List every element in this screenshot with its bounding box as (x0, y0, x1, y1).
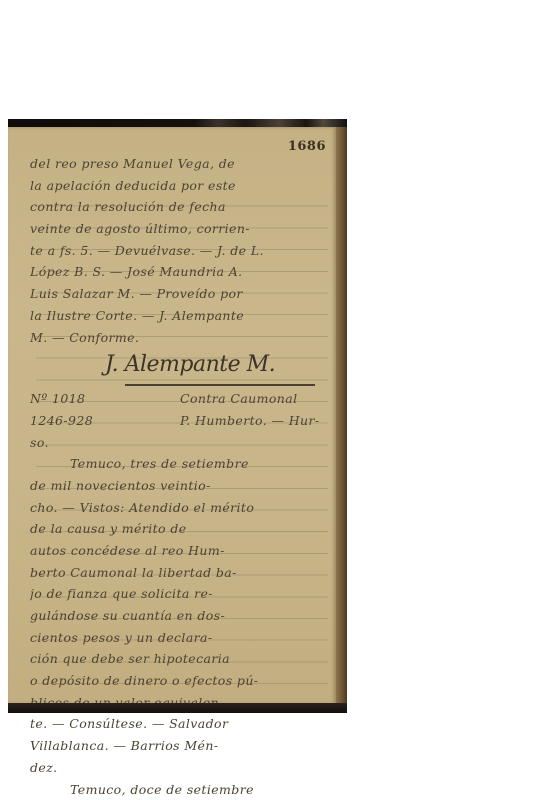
text-line: de la causa y mérito de (30, 518, 330, 540)
text-line: Villablanca. — Barrios Mén- (30, 735, 330, 757)
text-line: autos concédese al reo Hum- (30, 540, 330, 562)
text-line: cientos pesos y un declara- (30, 627, 330, 649)
text-line: cho. — Vistos: Atendido el mérito (30, 497, 330, 519)
text-line: la apelación deducida por este (30, 175, 330, 197)
signature-block: J. Alempante M. (30, 348, 330, 388)
case-title-line: Contra Caumonal (180, 388, 320, 410)
text-line: Temuco, tres de setiembre (30, 453, 330, 475)
closing-line: Temuco, doce de setiembre (30, 779, 330, 800)
document-scan: 1686 del reo preso Manuel Vega, de la ap… (8, 119, 347, 713)
case-reference-continued: so. (30, 432, 93, 454)
text-line: de mil novecientos veintio- (30, 475, 330, 497)
binding-bottom-edge (8, 703, 347, 713)
text-line: veinte de agosto último, corrien- (30, 218, 330, 240)
text-line: López B. S. — José Maundria A. (30, 261, 330, 283)
text-line: del reo preso Manuel Vega, de (30, 153, 330, 175)
text-line: o depósito de dinero o efectos pú- (30, 670, 330, 692)
text-block-resolution: del reo preso Manuel Vega, de la apelaci… (30, 153, 330, 348)
text-line: Luis Salazar M. — Proveído por (30, 283, 330, 305)
case-number-block: Nº 1018 1246-928 so. (30, 388, 93, 453)
text-line: ción que debe ser hipotecaria (30, 648, 330, 670)
text-line: berto Caumonal la libertad ba- (30, 562, 330, 584)
text-line: te a fs. 5. — Devuélvase. — J. de L. (30, 240, 330, 262)
case-title-block: Contra Caumonal P. Humberto. — Hur- (180, 388, 320, 431)
text-line: te. — Consúltese. — Salvador (30, 713, 330, 735)
case-title-line: P. Humberto. — Hur- (180, 410, 320, 432)
case-reference: 1246-928 (30, 410, 93, 432)
signature: J. Alempante M. (105, 352, 275, 377)
text-block-ruling: Temuco, tres de setiembre de mil novecie… (30, 453, 330, 800)
text-line: dez. (30, 757, 330, 779)
text-line: M. — Conforme. (30, 327, 330, 349)
text-line: jo de fianza que solicita re- (30, 583, 330, 605)
page-number: 1686 (288, 139, 326, 154)
case-header: Nº 1018 1246-928 so. Contra Caumonal P. … (30, 388, 330, 453)
text-line: la Ilustre Corte. — J. Alempante (30, 305, 330, 327)
text-line: contra la resolución de fecha (30, 196, 330, 218)
ledger-page: 1686 del reo preso Manuel Vega, de la ap… (8, 127, 336, 704)
text-line: gulándose su cuantía en dos- (30, 605, 330, 627)
signature-underline (125, 384, 315, 386)
case-number: Nº 1018 (30, 388, 93, 410)
page-stack-edge (336, 127, 347, 704)
